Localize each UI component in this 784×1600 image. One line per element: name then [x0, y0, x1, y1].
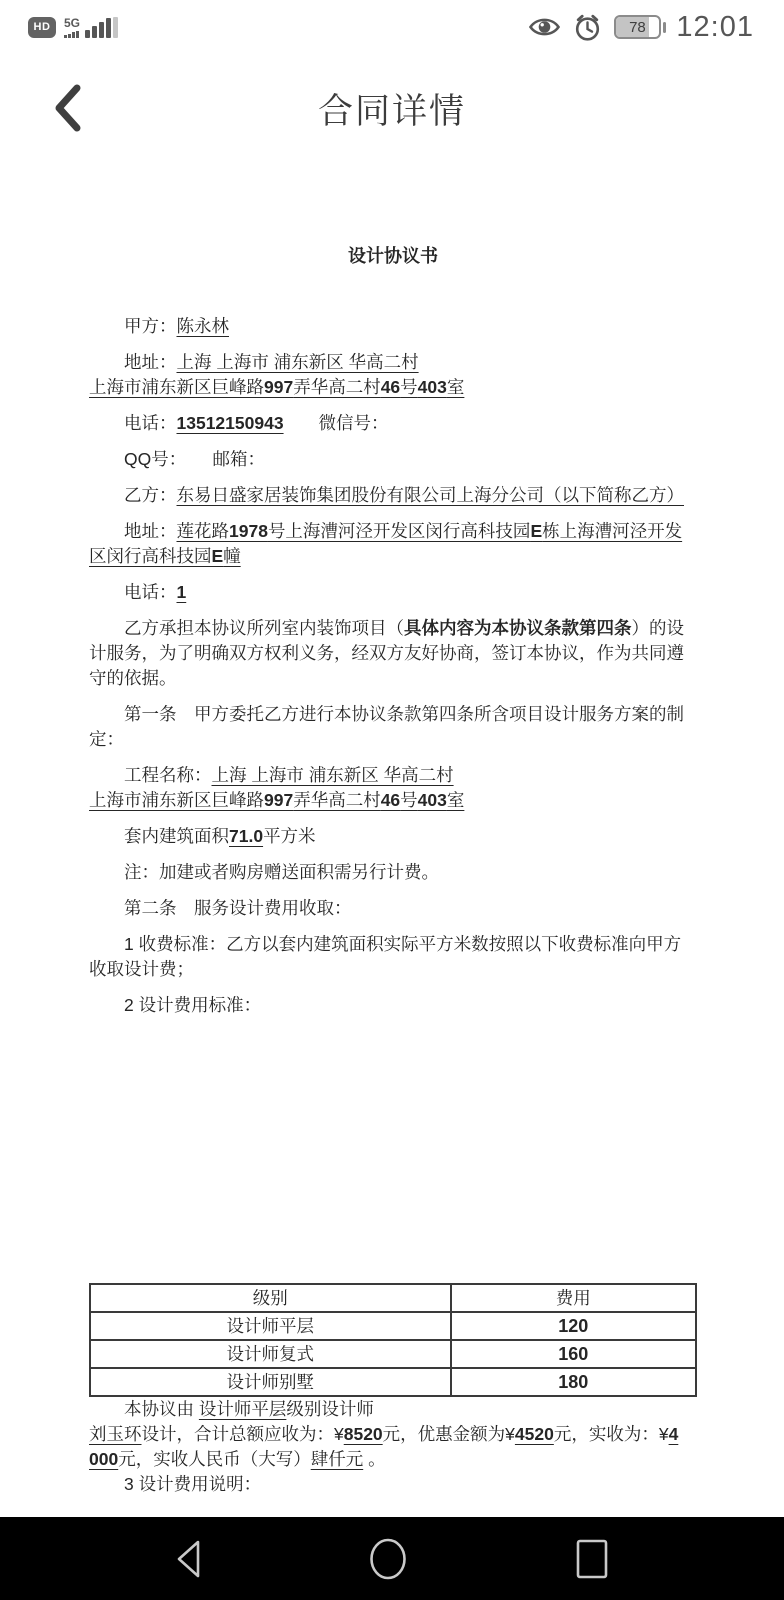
form-field-value: 莲花路	[177, 521, 230, 541]
back-triangle-icon	[170, 1537, 206, 1581]
form-field-value: 上海 上海市 浦东新区 华高二村	[212, 765, 454, 785]
text-run: QQ号： 邮箱：	[124, 449, 265, 469]
form-field-value: 13512150943	[177, 413, 284, 433]
table-row: 设计师平层120	[90, 1312, 696, 1340]
form-field-value: 997	[264, 377, 293, 397]
fee-table-header-cell: 费用	[451, 1284, 696, 1312]
form-field-value: 8520	[344, 1424, 383, 1444]
form-field-value: 刘玉环	[89, 1424, 142, 1444]
form-field-value: 403	[418, 790, 447, 810]
form-field-value: 46	[381, 790, 400, 810]
text-run: 乙方承担本协议所列室内装饰项目（	[124, 618, 404, 638]
form-field-value: 000	[89, 1449, 118, 1469]
network-type: 5G	[64, 17, 80, 38]
form-field-value: 弄华高二村	[293, 377, 381, 397]
form-field-value: 4520	[515, 1424, 554, 1444]
table-row: 设计师复式160	[90, 1340, 696, 1368]
paragraph: 本协议由 设计师平层级别设计师刘玉环设计，合计总额应收为：¥8520元，优惠金额…	[89, 1397, 697, 1472]
text-run: 微信号：	[284, 413, 389, 433]
text-run: 第二条 服务设计费用收取：	[124, 898, 352, 918]
form-field-value: 肆仟元	[311, 1449, 364, 1469]
fee-level-cell: 设计师平层	[90, 1312, 451, 1340]
text-run: 平方米	[263, 826, 316, 846]
recents-square-icon	[570, 1537, 614, 1581]
form-field-value: 弄华高二村	[293, 790, 381, 810]
text-run: 3 设计费用说明：	[124, 1474, 261, 1494]
text-run: 工程名称：	[124, 765, 212, 785]
network-type-label: 5G	[64, 17, 80, 29]
text-run: 元，实收为：¥	[554, 1424, 669, 1444]
form-field-value: 上海市浦东新区巨峰路	[89, 377, 264, 397]
paragraph: 2 设计费用标准：	[89, 993, 697, 1018]
paragraph: 工程名称：上海 上海市 浦东新区 华高二村上海市浦东新区巨峰路997弄华高二村4…	[89, 763, 697, 813]
form-field-value: 997	[264, 790, 293, 810]
text-run: 地址：	[124, 521, 177, 541]
form-field-value: 4	[669, 1424, 679, 1444]
text-run: 元，优惠金额为¥	[383, 1424, 515, 1444]
text-run: 注：加建或者购房赠送面积需另行计费。	[124, 862, 439, 882]
nav-home-button[interactable]	[366, 1536, 410, 1582]
form-field-value: 设计师平层	[199, 1399, 287, 1419]
text-run: 地址：	[124, 352, 177, 372]
paragraph: 电话：1	[89, 580, 697, 605]
form-field-value: 室	[447, 377, 465, 397]
paragraph: 套内建筑面积71.0平方米	[89, 824, 697, 849]
text-run: 。	[363, 1449, 385, 1469]
nav-back-button[interactable]	[170, 1537, 206, 1581]
android-nav-bar	[0, 1517, 784, 1600]
form-field-value: E	[212, 546, 224, 566]
form-field-value: 号上海漕河泾开发区闵行高科技园	[268, 521, 531, 541]
form-field-value: 号	[400, 377, 418, 397]
text-run: 设计，合计总额应收为：¥	[142, 1424, 344, 1444]
fee-amount-cell: 120	[451, 1312, 696, 1340]
fee-table: 级别费用 设计师平层120设计师复式160设计师别墅180	[89, 1283, 697, 1397]
blank-gap	[89, 1029, 697, 1283]
text-run: 乙方：	[124, 485, 177, 505]
text-run: 级别设计师	[286, 1399, 374, 1419]
paragraph: 电话：13512150943 微信号：	[89, 411, 697, 436]
paragraph: 地址：莲花路1978号上海漕河泾开发区闵行高科技园E栋上海漕河泾开发区闵行高科技…	[89, 519, 697, 569]
paragraph: 乙方：东易日盛家居装饰集团股份有限公司上海分公司（以下简称乙方）	[89, 483, 697, 508]
text-run: 1 收费标准：乙方以套内建筑面积实际平方米数按照以下收费标准向甲方收取设计费；	[89, 934, 681, 979]
fee-level-cell: 设计师复式	[90, 1340, 451, 1368]
paragraph: 注：加建或者购房赠送面积需另行计费。	[89, 860, 697, 885]
phone-screen: HD 5G	[0, 0, 784, 1600]
paragraph: 地址：上海 上海市 浦东新区 华高二村上海市浦东新区巨峰路997弄华高二村46号…	[89, 350, 697, 400]
form-field-value: 1978	[229, 521, 268, 541]
text-run: 具体内容为本协议条款第四条	[404, 618, 632, 638]
sim-mini-signal-icon	[64, 31, 79, 38]
paragraph: QQ号： 邮箱：	[89, 447, 697, 472]
form-field-value: 71.0	[229, 826, 263, 846]
fee-amount-cell: 160	[451, 1340, 696, 1368]
form-field-value: 幢	[223, 546, 241, 566]
fee-level-cell: 设计师别墅	[90, 1368, 451, 1396]
fee-amount-cell: 180	[451, 1368, 696, 1396]
text-run: 元，实收人民币（大写）	[118, 1449, 311, 1469]
form-field-value: 上海 上海市 浦东新区 华高二村	[177, 352, 419, 372]
fee-table-header-row: 级别费用	[90, 1284, 696, 1312]
document-body-top: 甲方：陈永林地址：上海 上海市 浦东新区 华高二村上海市浦东新区巨峰路997弄华…	[89, 314, 697, 1018]
text-run: 套内建筑面积	[124, 826, 229, 846]
form-field-value: 1	[177, 582, 187, 602]
paragraph: 甲方：陈永林	[89, 314, 697, 339]
paragraph: 1 收费标准：乙方以套内建筑面积实际平方米数按照以下收费标准向甲方收取设计费；	[89, 932, 697, 982]
paragraph: 第二条 服务设计费用收取：	[89, 896, 697, 921]
form-field-value: 403	[418, 377, 447, 397]
paragraph: 第一条 甲方委托乙方进行本协议条款第四条所含项目设计服务方案的制定：	[89, 702, 697, 752]
form-field-value: 室	[447, 790, 465, 810]
text-run: 电话：	[124, 582, 177, 602]
contract-document: 设计协议书 甲方：陈永林地址：上海 上海市 浦东新区 华高二村上海市浦东新区巨峰…	[89, 0, 697, 1508]
text-run: 电话：	[124, 413, 177, 433]
paragraph: 3 设计费用说明：	[89, 1472, 697, 1497]
nav-recents-button[interactable]	[570, 1537, 614, 1581]
document-body-bottom: 本协议由 设计师平层级别设计师刘玉环设计，合计总额应收为：¥8520元，优惠金额…	[89, 1397, 697, 1497]
hd-volte-icon: HD	[28, 17, 56, 38]
text-run: 第一条 甲方委托乙方进行本协议条款第四条所含项目设计服务方案的制定：	[89, 704, 684, 749]
form-field-value: 上海市浦东新区巨峰路	[89, 790, 264, 810]
home-circle-icon	[366, 1536, 410, 1582]
text-run: 本协议由	[124, 1399, 199, 1419]
form-field-value: 号	[400, 790, 418, 810]
paragraph: 乙方承担本协议所列室内装饰项目（具体内容为本协议条款第四条）的设计服务，为了明确…	[89, 616, 697, 691]
fee-table-header-cell: 级别	[90, 1284, 451, 1312]
document-title: 设计协议书	[89, 244, 697, 269]
text-run: 甲方：	[124, 316, 177, 336]
table-row: 设计师别墅180	[90, 1368, 696, 1396]
text-run: 2 设计费用标准：	[124, 995, 261, 1015]
form-field-value: 46	[381, 377, 400, 397]
form-field-value: E	[530, 521, 542, 541]
form-field-value: 东易日盛家居装饰集团股份有限公司上海分公司（以下简称乙方）	[177, 485, 685, 505]
form-field-value: 陈永林	[177, 316, 230, 336]
